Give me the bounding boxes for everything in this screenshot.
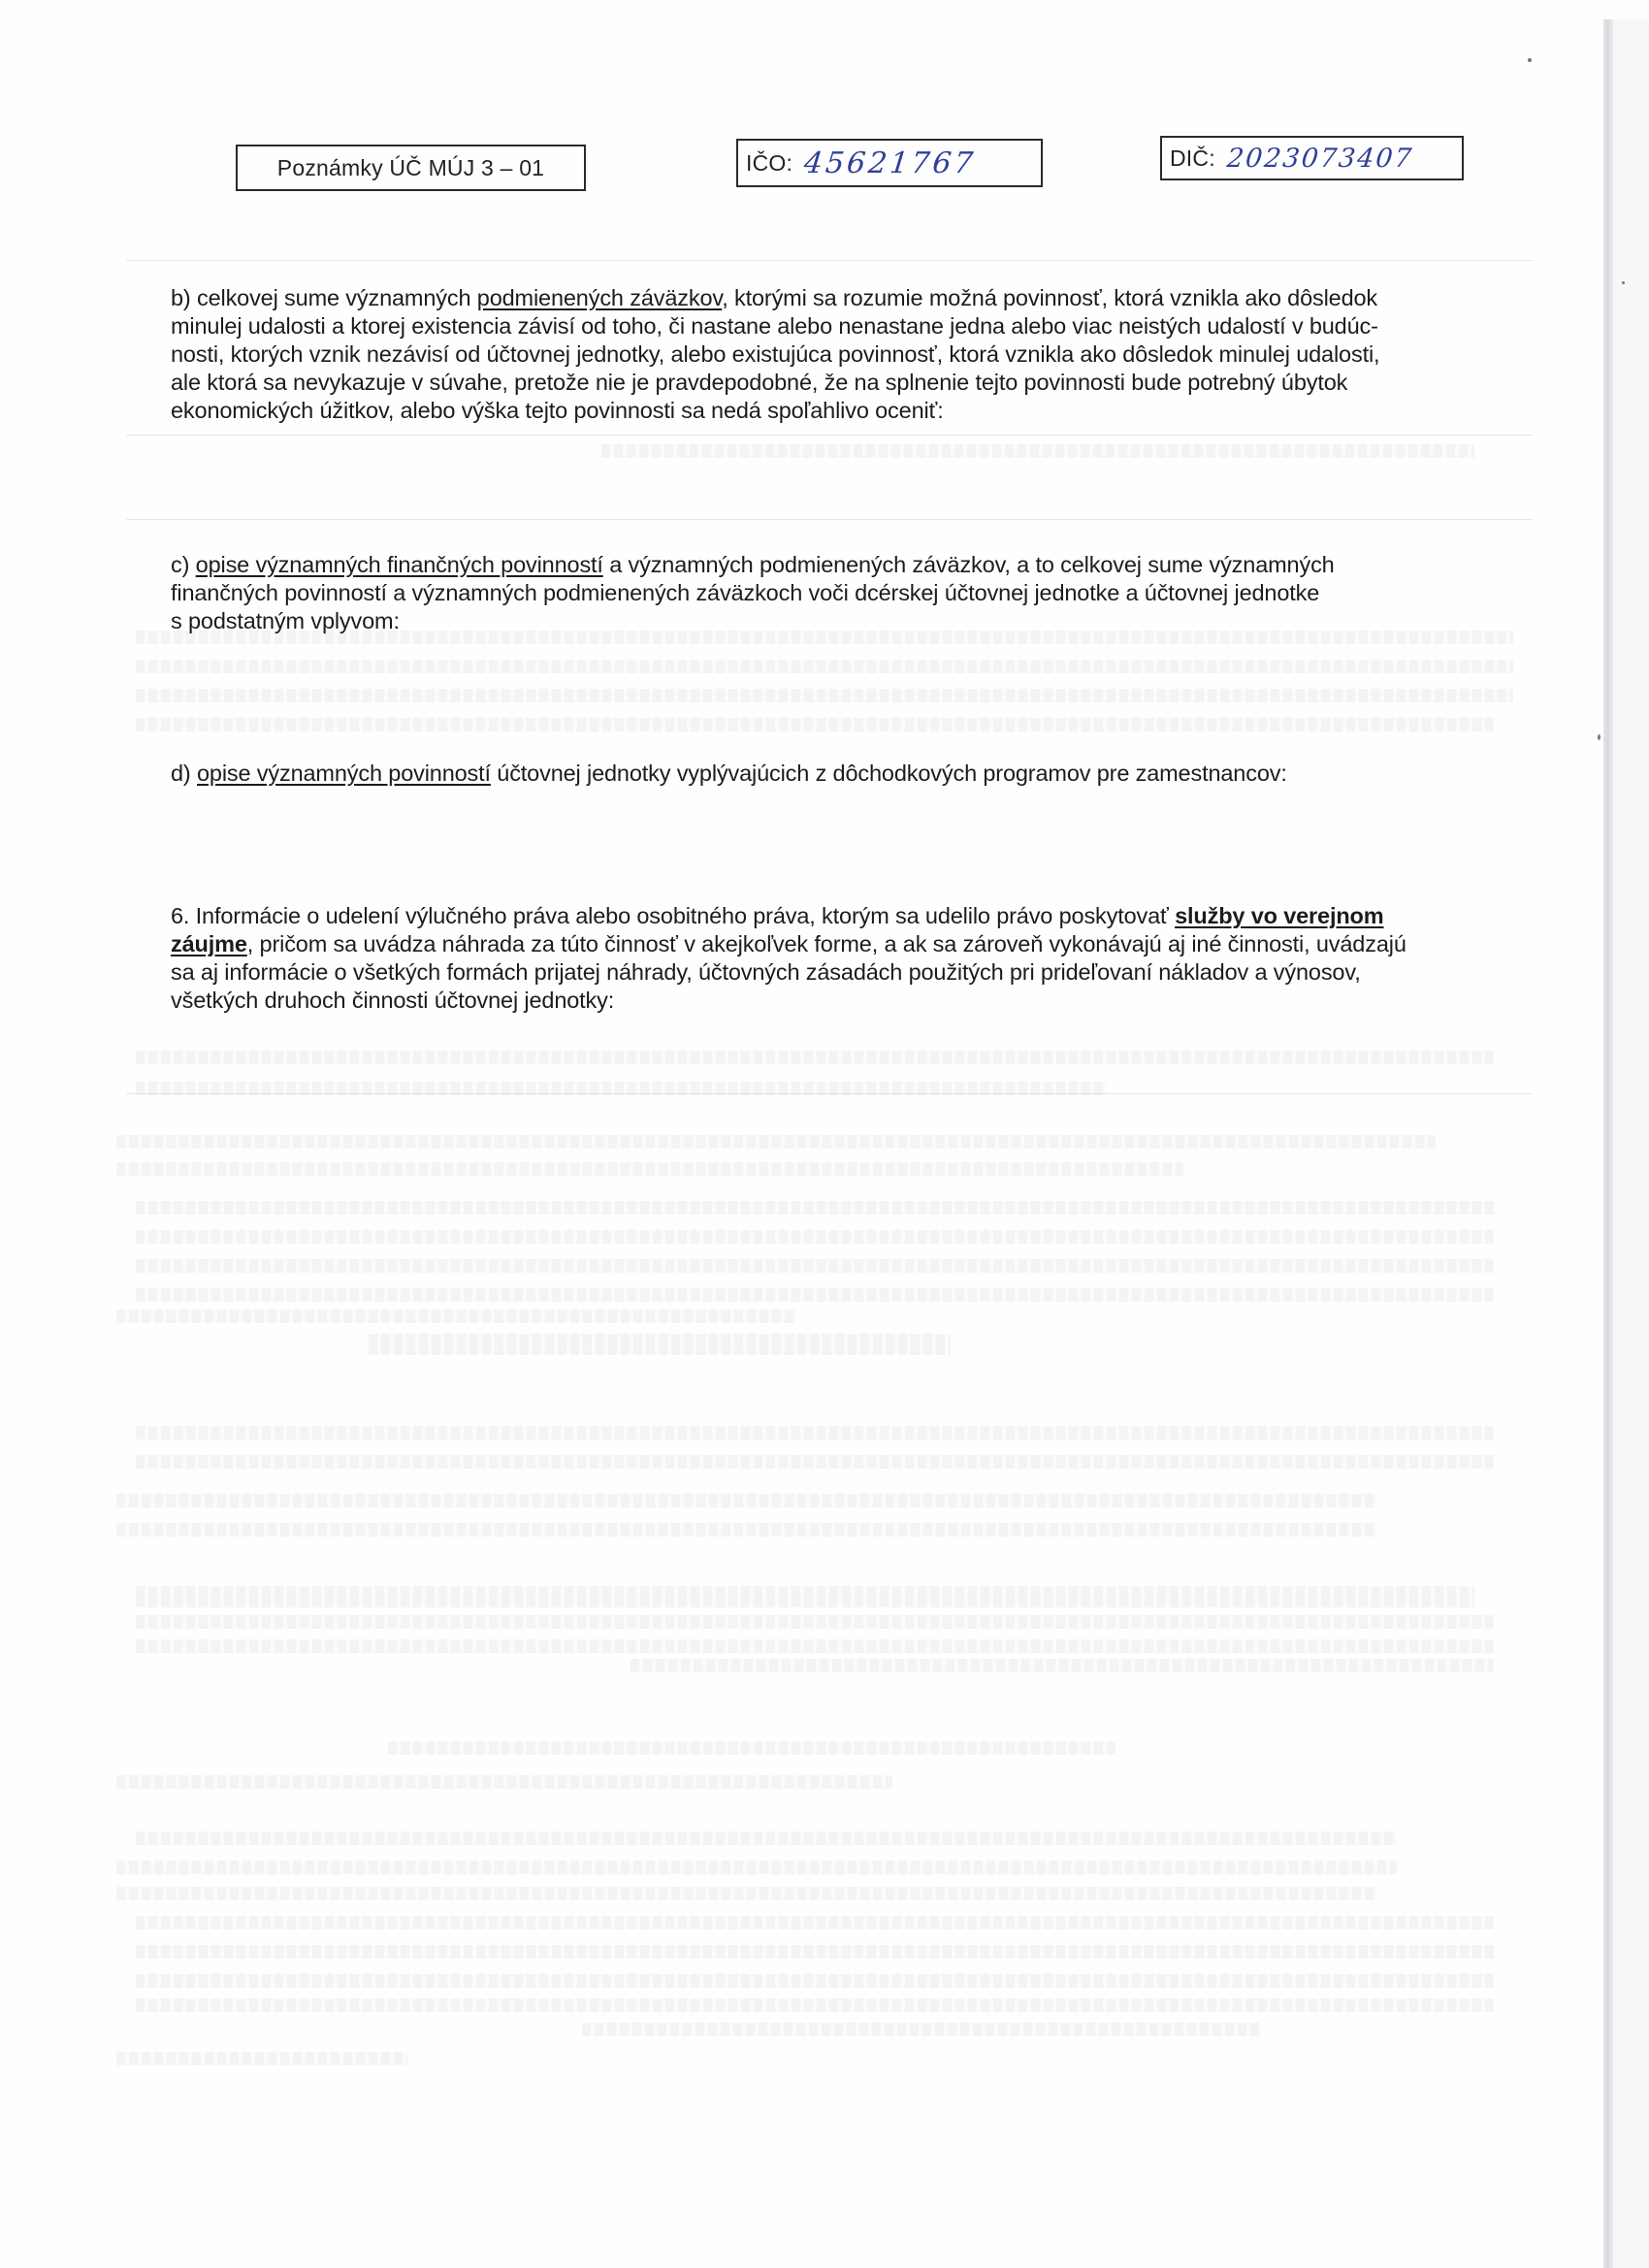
- section-6-line-1: 6. Informácie o udelení výlučného práva …: [171, 902, 1471, 930]
- underlined-term: opise významných povinností: [197, 761, 491, 786]
- ico-field: IČO: 45621767: [736, 139, 1043, 187]
- dic-label: DIČ:: [1170, 146, 1215, 172]
- ico-value-handwritten: 45621767: [802, 146, 977, 180]
- section-c-line-2: finančných povinností a významných podmi…: [171, 579, 1471, 607]
- scan-speck: [1622, 281, 1625, 284]
- section-b-line-2: minulej udalosti a ktorej existencia záv…: [171, 312, 1471, 340]
- section-b-line-5: ekonomických úžitkov, alebo výška tejto …: [171, 397, 1471, 425]
- scan-speck: [1598, 734, 1600, 740]
- section-d-line-1: d) opise významných povinností účtovnej …: [171, 760, 1471, 788]
- form-title: Poznámky ÚČ MÚJ 3 – 01: [277, 155, 544, 181]
- section-d-pension-obligations: d) opise významných povinností účtovnej …: [171, 760, 1471, 788]
- bold-underlined-term: záujme: [171, 931, 247, 956]
- ico-label: IČO:: [746, 150, 792, 177]
- section-c-financial-obligations: c) opise významných finančných povinnost…: [171, 551, 1471, 635]
- section-b-line-3: nosti, ktorých vznik nezávisí od účtovne…: [171, 340, 1471, 369]
- dic-value-handwritten: 2023073407: [1225, 144, 1414, 174]
- section-b-line-1: b) celkovej sume významných podmienených…: [171, 284, 1471, 312]
- section-b-contingent-liabilities: b) celkovej sume významných podmienených…: [171, 284, 1471, 425]
- section-6-line-4: všetkých druhoch činnosti účtovnej jedno…: [171, 987, 1471, 1015]
- section-6-exclusive-rights: 6. Informácie o udelení výlučného práva …: [171, 902, 1471, 1015]
- bold-underlined-term: služby vo verejnom: [1175, 903, 1383, 928]
- scan-speck: [1528, 58, 1532, 62]
- section-b-line-4: ale ktorá sa nevykazuje v súvahe, pretož…: [171, 369, 1471, 397]
- section-6-line-2: záujme, pričom sa uvádza náhrada za túto…: [171, 930, 1471, 958]
- scanner-edge-shadow: [1603, 19, 1613, 2268]
- dic-field: DIČ: 2023073407: [1160, 136, 1464, 180]
- section-c-line-1: c) opise významných finančných povinnost…: [171, 551, 1471, 579]
- form-title-box: Poznámky ÚČ MÚJ 3 – 01: [236, 145, 586, 191]
- underlined-term: podmienených záväzkov: [477, 285, 722, 310]
- scanner-edge-margin: [1613, 19, 1649, 2268]
- section-6-line-3: sa aj informácie o všetkých formách prij…: [171, 958, 1471, 987]
- underlined-term: opise významných finančných povinností: [196, 552, 603, 577]
- section-c-line-3: s podstatným vplyvom:: [171, 607, 1471, 635]
- scanned-page: Poznámky ÚČ MÚJ 3 – 01 IČO: 45621767 DIČ…: [0, 0, 1649, 2268]
